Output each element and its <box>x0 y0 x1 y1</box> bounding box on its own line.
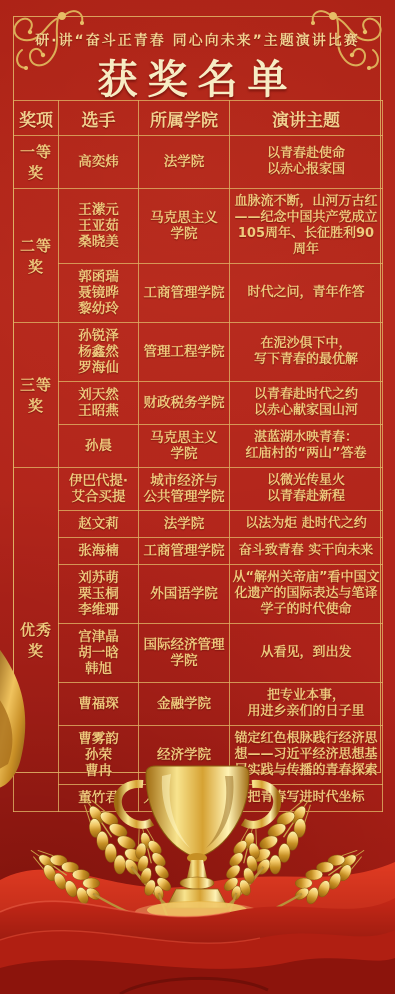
speech-topic-cell: 锚定红色根脉践行经济思 想——习近平经济思想基 层实践与传播的青春探索 <box>230 726 383 785</box>
award-table: 奖项 选手 所属学院 演讲主题 一等奖高奕炜法学院以青春赴使命 以赤心报家国二等… <box>13 100 383 812</box>
table-row: 郭函瑞 聂镜晔 黎幼玲工商管理学院时代之问，青年作答 <box>14 264 383 323</box>
contestant-names-cell: 宫津晶 胡一晗 韩旭 <box>59 624 139 683</box>
speech-topic-cell: 时代之问，青年作答 <box>230 264 383 323</box>
college-cell: 法学院 <box>139 511 230 538</box>
college-cell: 城市经济与 公共管理学院 <box>139 468 230 511</box>
contestant-names-cell: 伊巴代提· 艾合买提 <box>59 468 139 511</box>
contestant-names-cell: 王潆元 王亚茹 桑晓美 <box>59 189 139 264</box>
award-level-cell: 优秀奖 <box>14 468 59 812</box>
speech-topic-cell: 以法为炬 赴时代之约 <box>230 511 383 538</box>
competition-subtitle: 研·讲“奋斗正青春 同心向未来”主题演讲比赛 <box>0 30 395 50</box>
contestant-names-cell: 赵文莉 <box>59 511 139 538</box>
speech-topic-cell: 在泥沙俱下中， 写下青春的最优解 <box>230 323 383 382</box>
contestant-names-cell: 张海楠 <box>59 538 139 565</box>
table-row: 一等奖高奕炜法学院以青春赴使命 以赤心报家国 <box>14 136 383 189</box>
contestant-names-cell: 高奕炜 <box>59 136 139 189</box>
table-row: 曹福琛金融学院把专业本事， 用进乡亲们的日子里 <box>14 683 383 726</box>
table-row: 三等奖孙锐泽 杨鑫然 罗海仙管理工程学院在泥沙俱下中， 写下青春的最优解 <box>14 323 383 382</box>
contestant-names-cell: 郭函瑞 聂镜晔 黎幼玲 <box>59 264 139 323</box>
table-row: 优秀奖伊巴代提· 艾合买提城市经济与 公共管理学院以微光传星火 以青春赴新程 <box>14 468 383 511</box>
table-row: 张海楠工商管理学院奋斗致青春 实干向未来 <box>14 538 383 565</box>
table-row: 刘苏萌 栗玉桐 李维珊外国语学院从“解州关帝庙”看中国文 化遗产的国际表达与笔译… <box>14 565 383 624</box>
speech-topic-cell: 以微光传星火 以青春赴新程 <box>230 468 383 511</box>
college-cell: 财政税务学院 <box>139 382 230 425</box>
table-row: 孙晨马克思主义 学院湛蓝湖水映青春： 红庙村的“两山”答卷 <box>14 425 383 468</box>
speech-topic-cell: 以青春赴时代之约 以赤心献家国山河 <box>230 382 383 425</box>
speech-topic-cell: 把专业本事， 用进乡亲们的日子里 <box>230 683 383 726</box>
column-header-name: 选手 <box>59 101 139 136</box>
column-header-college: 所属学院 <box>139 101 230 136</box>
table-row: 赵文莉法学院以法为炬 赴时代之约 <box>14 511 383 538</box>
speech-topic-cell: 从看见，到出发 <box>230 624 383 683</box>
speech-topic-cell: 把青春写进时代坐标 <box>230 785 383 812</box>
contestant-names-cell: 孙晨 <box>59 425 139 468</box>
college-cell: 金融学院 <box>139 683 230 726</box>
table-row: 曹雾韵 孙荣 曹冉经济学院锚定红色根脉践行经济思 想——习近平经济思想基 层实践… <box>14 726 383 785</box>
college-cell: 人工智能学院 <box>139 785 230 812</box>
college-cell: 管理工程学院 <box>139 323 230 382</box>
speech-topic-cell: 血脉流不断，山河万古红 ——纪念中国共产党成立 105周年、长征胜利90周年 <box>230 189 383 264</box>
college-cell: 马克思主义 学院 <box>139 189 230 264</box>
contestant-names-cell: 董竹君 <box>59 785 139 812</box>
college-cell: 马克思主义 学院 <box>139 425 230 468</box>
column-header-award: 奖项 <box>14 101 59 136</box>
speech-topic-cell: 湛蓝湖水映青春： 红庙村的“两山”答卷 <box>230 425 383 468</box>
table-row: 二等奖王潆元 王亚茹 桑晓美马克思主义 学院血脉流不断，山河万古红 ——纪念中国… <box>14 189 383 264</box>
college-cell: 工商管理学院 <box>139 264 230 323</box>
award-poster: 研·讲“奋斗正青春 同心向未来”主题演讲比赛 获奖名单 奖项 选手 所属学院 演… <box>0 0 395 994</box>
award-level-cell: 一等奖 <box>14 136 59 189</box>
contestant-names-cell: 曹福琛 <box>59 683 139 726</box>
contestant-names-cell: 曹雾韵 孙荣 曹冉 <box>59 726 139 785</box>
college-cell: 经济学院 <box>139 726 230 785</box>
column-header-topic: 演讲主题 <box>230 101 383 136</box>
college-cell: 国际经济管理 学院 <box>139 624 230 683</box>
table-header-row: 奖项 选手 所属学院 演讲主题 <box>14 101 383 136</box>
college-cell: 法学院 <box>139 136 230 189</box>
contestant-names-cell: 刘苏萌 栗玉桐 李维珊 <box>59 565 139 624</box>
speech-topic-cell: 从“解州关帝庙”看中国文 化遗产的国际表达与笔译 学子的时代使命 <box>230 565 383 624</box>
college-cell: 工商管理学院 <box>139 538 230 565</box>
table-row: 宫津晶 胡一晗 韩旭国际经济管理 学院从看见，到出发 <box>14 624 383 683</box>
table-row: 刘天然 王昭燕财政税务学院以青春赴时代之约 以赤心献家国山河 <box>14 382 383 425</box>
page-title: 获奖名单 <box>0 48 395 105</box>
table-row: 董竹君人工智能学院把青春写进时代坐标 <box>14 785 383 812</box>
contestant-names-cell: 刘天然 王昭燕 <box>59 382 139 425</box>
silk-ribbon-decoration <box>0 862 395 994</box>
award-level-cell: 三等奖 <box>14 323 59 468</box>
speech-topic-cell: 以青春赴使命 以赤心报家国 <box>230 136 383 189</box>
speech-topic-cell: 奋斗致青春 实干向未来 <box>230 538 383 565</box>
award-level-cell: 二等奖 <box>14 189 59 323</box>
college-cell: 外国语学院 <box>139 565 230 624</box>
contestant-names-cell: 孙锐泽 杨鑫然 罗海仙 <box>59 323 139 382</box>
